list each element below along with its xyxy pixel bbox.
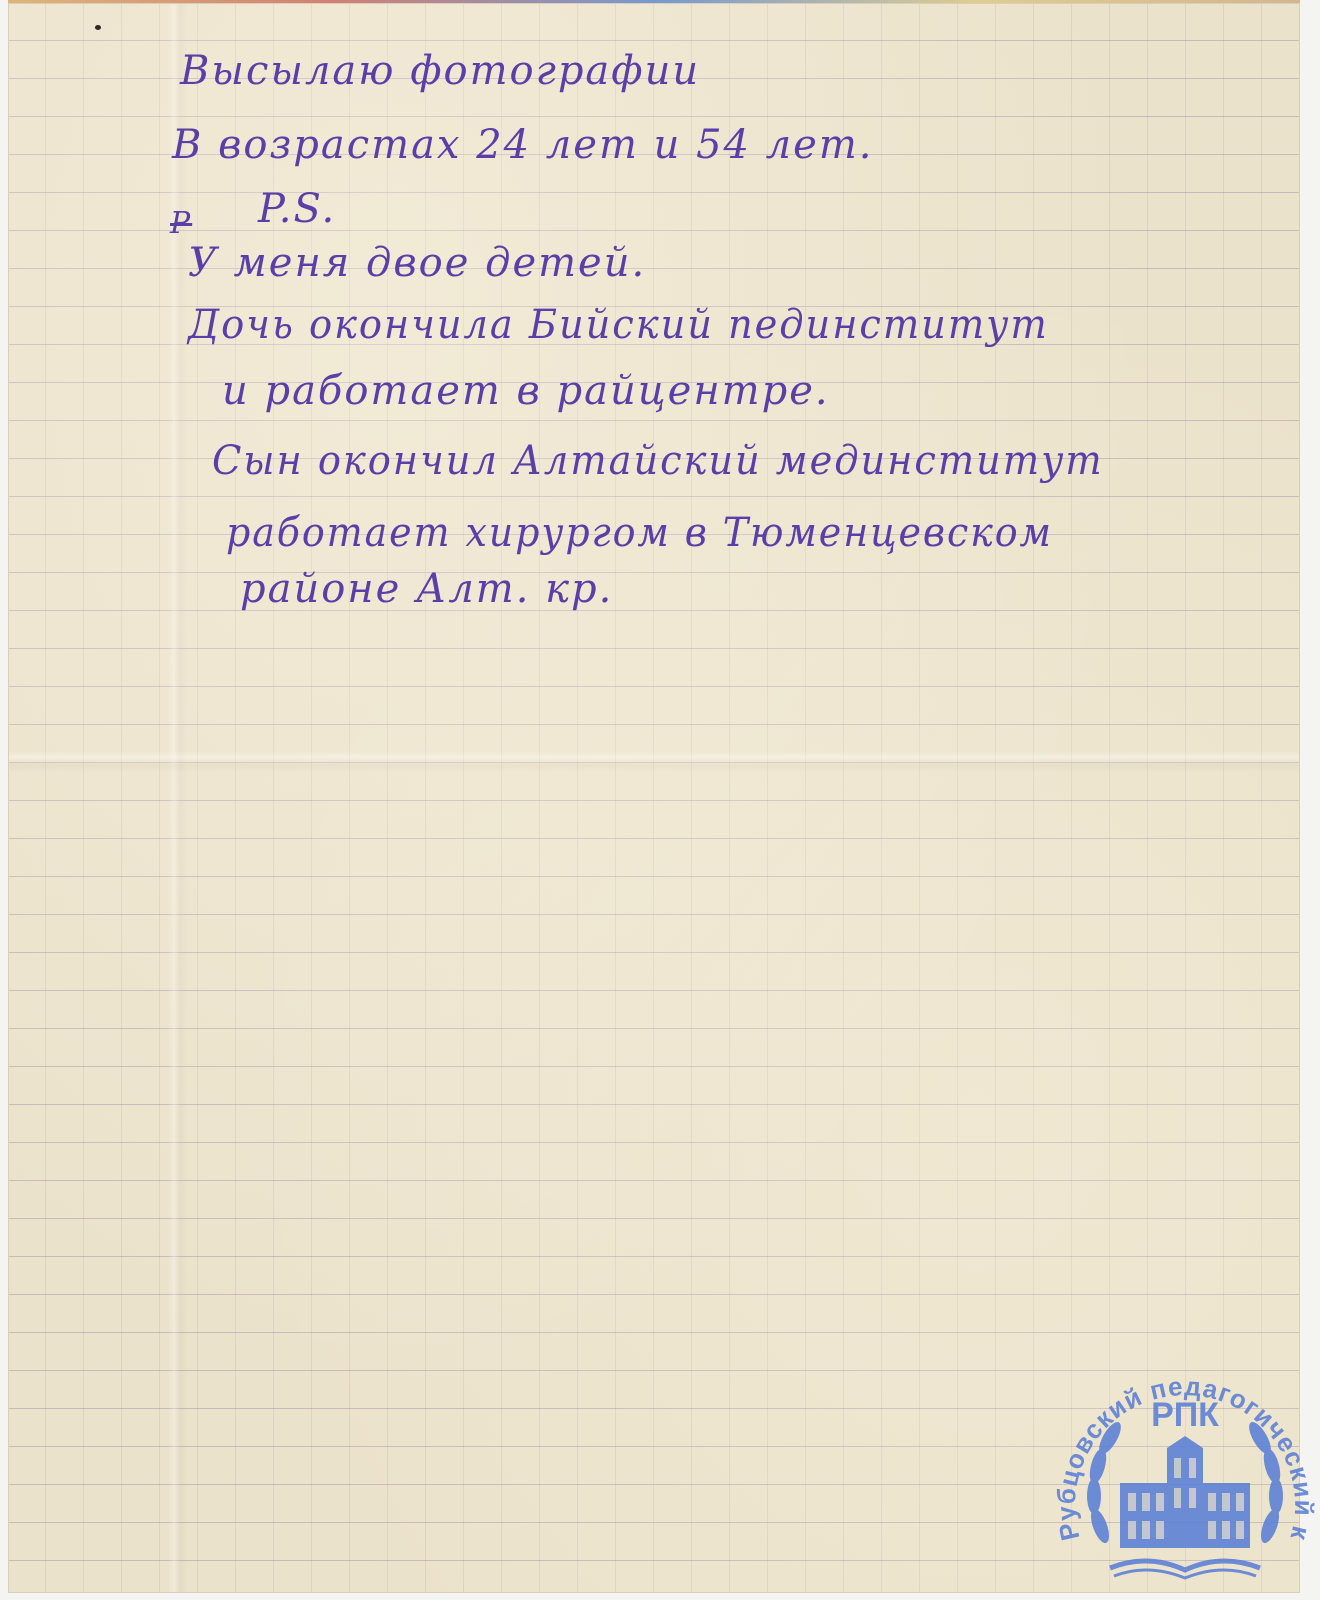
paper-speck bbox=[95, 25, 101, 30]
handwritten-line-2: В возрастах 24 лет и 54 лет. bbox=[172, 122, 873, 168]
struck-out-mark: Р bbox=[170, 206, 192, 241]
handwritten-line-5: Дочь окончила Бийский пединститут bbox=[188, 302, 1049, 348]
open-book-icon bbox=[1110, 1561, 1260, 1570]
handwritten-line-9: районе Алт. кр. bbox=[240, 566, 613, 612]
handwritten-line-1: Высылаю фотографии bbox=[180, 48, 700, 94]
building-icon bbox=[1120, 1436, 1250, 1548]
postscript-label: P.S. bbox=[258, 186, 336, 232]
college-stamp: Рубцовский педагогический колледж РПК bbox=[1040, 1318, 1320, 1600]
handwritten-line-8: работает хирургом в Тюменцевском bbox=[226, 510, 1053, 556]
handwritten-line-7: Сын окончил Алтайский мединститут bbox=[212, 438, 1104, 484]
handwritten-line-4: У меня двое детей. bbox=[188, 240, 646, 286]
stamp-emblem-icon: Рубцовский педагогический колледж РПК bbox=[1040, 1318, 1320, 1600]
stamp-abbreviation: РПК bbox=[1151, 1396, 1219, 1434]
handwritten-line-6: и работает в райцентре. bbox=[222, 368, 830, 414]
